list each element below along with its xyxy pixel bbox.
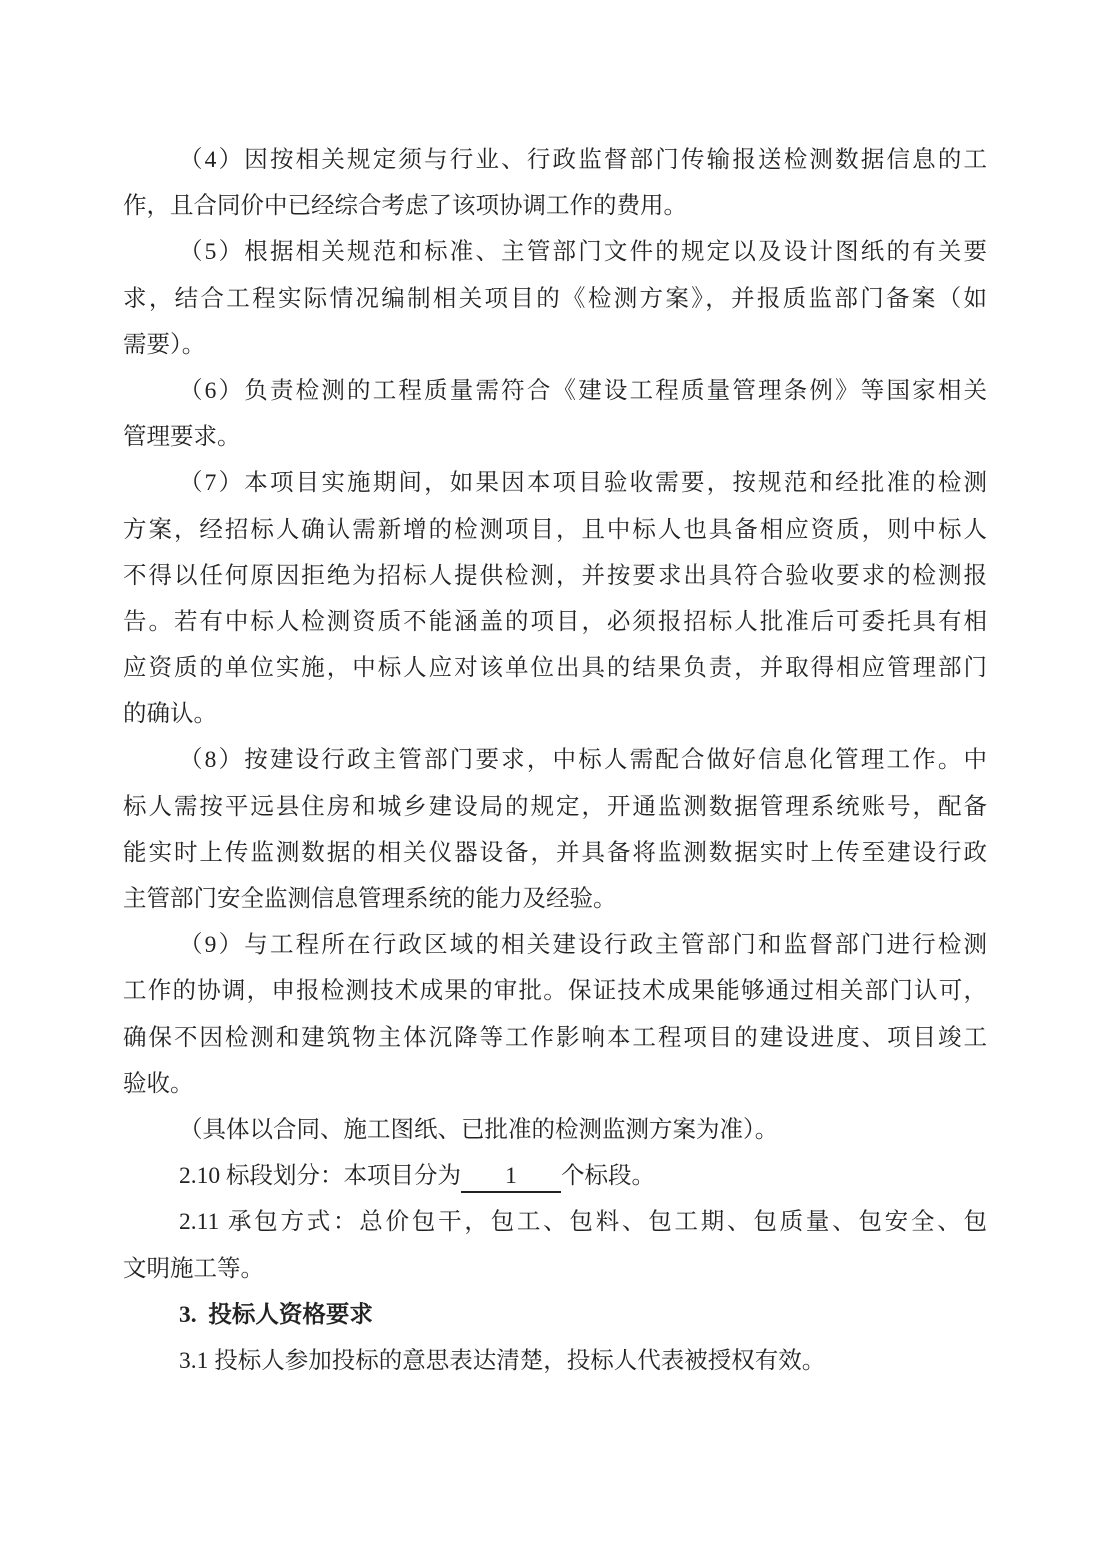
note-line: （具体以合同、施工图纸、已批准的检测监测方案为准）。 xyxy=(123,1107,987,1153)
clause-9-line-4: 验收。 xyxy=(123,1061,987,1107)
document-page: （4）因按相关规定须与行业、行政监督部门传输报送检测数据信息的工作，且合同价中已… xyxy=(0,0,1102,1559)
filled-blank-value: 1 xyxy=(461,1161,561,1193)
clause-5-line-2: 求，结合工程实际情况编制相关项目的《检测方案》，并报质监部门备案（如 xyxy=(123,276,987,322)
clause-7-line-2: 方案，经招标人确认需新增的检测项目，且中标人也具备相应资质，则中标人 xyxy=(123,507,987,553)
clause-5-line-1: （5）根据相关规范和标准、主管部门文件的规定以及设计图纸的有关要 xyxy=(123,229,987,275)
clause-4-line-1: （4）因按相关规定须与行业、行政监督部门传输报送检测数据信息的工 xyxy=(123,137,987,183)
document-text-block: （4）因按相关规定须与行业、行政监督部门传输报送检测数据信息的工作，且合同价中已… xyxy=(123,137,987,1384)
clause-2-11-line-1: 2.11 承包方式：总价包干，包工、包料、包工期、包质量、包安全、包 xyxy=(123,1199,987,1245)
blank-line-suffix: 个标段。 xyxy=(561,1163,655,1189)
clause-8-line-3: 能实时上传监测数据的相关仪器设备，并具备将监测数据实时上传至建设行政 xyxy=(123,830,987,876)
clause-7-line-5: 应资质的单位实施，中标人应对该单位出具的结果负责，并取得相应管理部门 xyxy=(123,645,987,691)
clause-2-11-line-2: 文明施工等。 xyxy=(123,1246,987,1292)
clause-9-line-2: 工作的协调，申报检测技术成果的审批。保证技术成果能够通过相关部门认可， xyxy=(123,968,987,1014)
clause-8-line-1: （8）按建设行政主管部门要求，中标人需配合做好信息化管理工作。中 xyxy=(123,737,987,783)
clause-7-line-4: 告。若有中标人检测资质不能涵盖的项目，必须报招标人批准后可委托具有相 xyxy=(123,599,987,645)
clause-4-line-2: 作，且合同价中已经综合考虑了该项协调工作的费用。 xyxy=(123,183,987,229)
clause-7-line-6: 的确认。 xyxy=(123,691,987,737)
section-3-heading: 3. 投标人资格要求 xyxy=(123,1292,987,1338)
clause-9-line-1: （9）与工程所在行政区域的相关建设行政主管部门和监督部门进行检测 xyxy=(123,922,987,968)
clause-8-line-2: 标人需按平远县住房和城乡建设局的规定，开通监测数据管理系统账号，配备 xyxy=(123,784,987,830)
clause-2-10-line: 2.10 标段划分：本项目分为1个标段。 xyxy=(123,1153,987,1199)
clause-5-line-3: 需要）。 xyxy=(123,322,987,368)
clause-6-line-1: （6）负责检测的工程质量需符合《建设工程质量管理条例》等国家相关 xyxy=(123,368,987,414)
clause-8-line-4: 主管部门安全监测信息管理系统的能力及经验。 xyxy=(123,876,987,922)
clause-6-line-2: 管理要求。 xyxy=(123,414,987,460)
clause-7-line-3: 不得以任何原因拒绝为招标人提供检测，并按要求出具符合验收要求的检测报 xyxy=(123,553,987,599)
blank-line-prefix: 2.10 标段划分：本项目分为 xyxy=(179,1163,461,1189)
clause-7-line-1: （7）本项目实施期间，如果因本项目验收需要，按规范和经批准的检测 xyxy=(123,460,987,506)
clause-9-line-3: 确保不因检测和建筑物主体沉降等工作影响本工程项目的建设进度、项目竣工 xyxy=(123,1015,987,1061)
clause-3-1-line: 3.1 投标人参加投标的意思表达清楚，投标人代表被授权有效。 xyxy=(123,1338,987,1384)
